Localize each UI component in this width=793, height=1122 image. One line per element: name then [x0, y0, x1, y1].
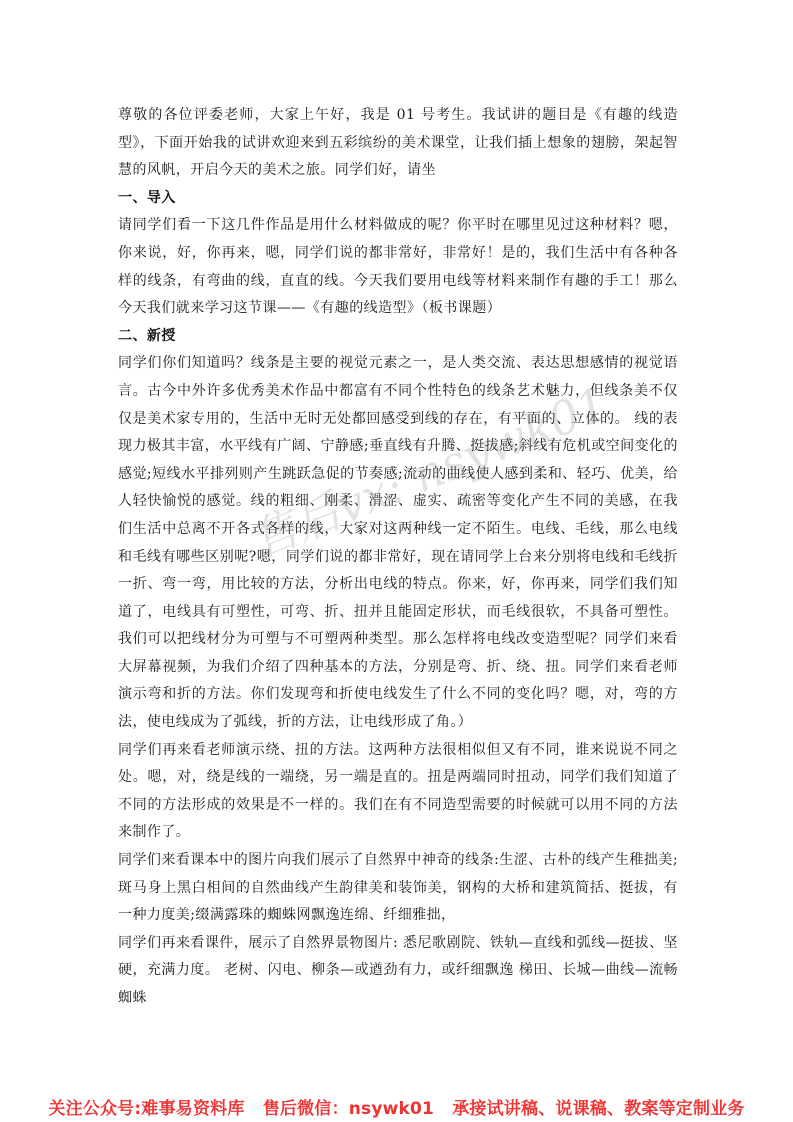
document-body: 尊敬的各位评委老师，大家上午好，我是 01 号考生。我试讲的题目是《有趣的线造型…	[118, 102, 678, 1013]
body-paragraph: 同学们再来看老师演示绕、扭的方法。这两种方法很相似但又有不同，谁来说说不同之处。…	[118, 737, 678, 847]
footer-follow-text: 关注公众号:难事易资料库	[48, 1099, 244, 1119]
footer-services-text: 承接试讲稿、说课稿、教案等定制业务	[452, 1099, 744, 1119]
footer-wechat-text: 售后微信：nsywk01	[263, 1099, 434, 1119]
document-page: 尊敬的各位评委老师，大家上午好，我是 01 号考生。我试讲的题目是《有趣的线造型…	[0, 0, 793, 1122]
intro-section-paragraph: 请同学们看一下这几件作品是用什么材料做成的呢？你平时在哪里见过这种材料？嗯，你来…	[118, 212, 678, 322]
body-paragraph: 同学们来看课本中的图片向我们展示了自然界中神奇的线条:生涩、古朴的线产生稚拙美;…	[118, 847, 678, 930]
body-paragraph: 同学们你们知道吗？线条是主要的视觉元素之一，是人类交流、表达思想感情的视觉语言。…	[118, 350, 678, 736]
intro-paragraph: 尊敬的各位评委老师，大家上午好，我是 01 号考生。我试讲的题目是《有趣的线造型…	[118, 102, 678, 185]
section-heading-new-lesson: 二、新授	[118, 323, 678, 351]
footer-banner: 关注公众号:难事易资料库 售后微信：nsywk01 承接试讲稿、说课稿、教案等定…	[0, 1094, 793, 1119]
section-heading-intro: 一、导入	[118, 185, 678, 213]
body-paragraph: 同学们再来看课件，展示了自然界景物图片: 悉尼歌剧院、铁轨—直线和弧线—挺拔、坚…	[118, 930, 678, 1013]
